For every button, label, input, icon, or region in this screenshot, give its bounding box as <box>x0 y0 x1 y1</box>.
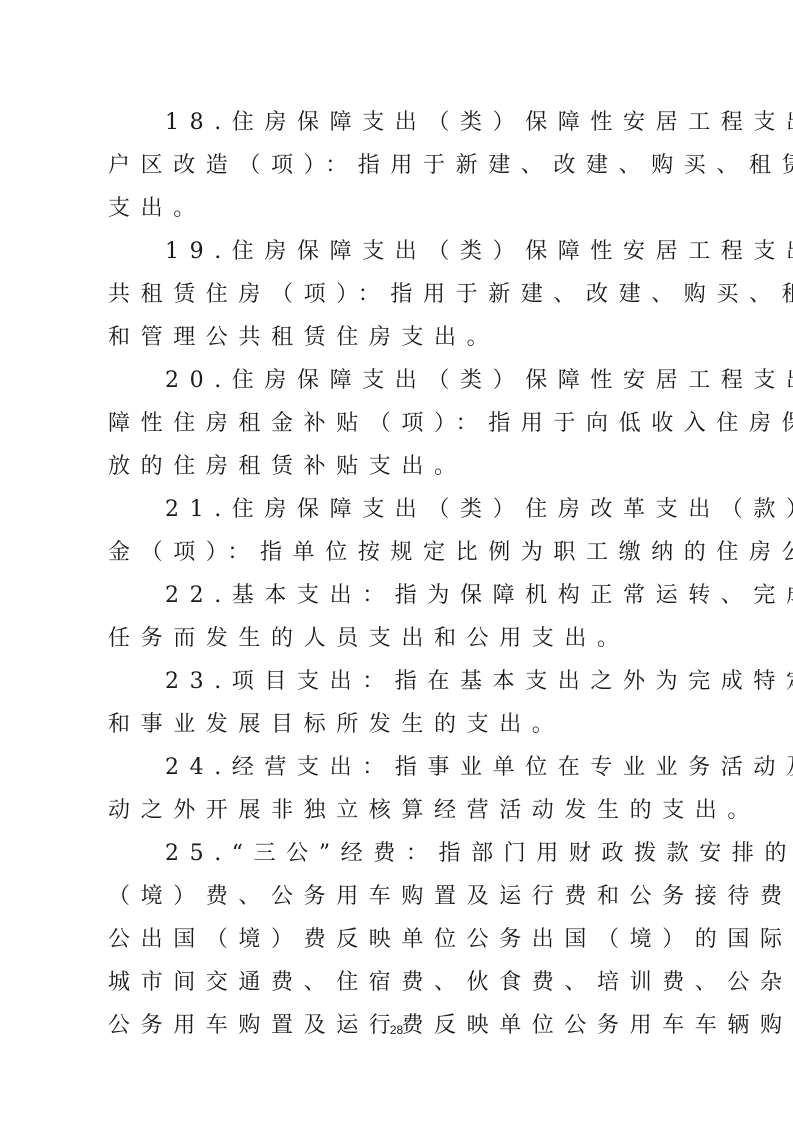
paragraph-line: 23.项目支出：指在基本支出之外为完成特定行政任务 <box>108 660 708 703</box>
paragraph-18: 18.住房保障支出（类）保障性安居工程支出（款）棚 户区改造（项）：指用于新建、… <box>108 101 708 230</box>
paragraph-line: 共租赁住房（项）：指用于新建、改建、购买、租赁、维护 <box>108 273 708 316</box>
paragraph-line: 任务而发生的人员支出和公用支出。 <box>108 617 708 660</box>
paragraph-line: 金（项）：指单位按规定比例为职工缴纳的住房公积金。 <box>108 531 708 574</box>
paragraph-line: 25.“三公”经费：指部门用财政拨款安排的因公出国 <box>108 832 708 875</box>
paragraph-line: 放的住房租赁补贴支出。 <box>108 445 708 488</box>
paragraph-line: 和事业发展目标所发生的支出。 <box>108 703 708 746</box>
paragraph-23: 23.项目支出：指在基本支出之外为完成特定行政任务 和事业发展目标所发生的支出。 <box>108 660 708 746</box>
paragraph-line: 障性住房租金补贴（项）：指用于向低收入住房保障家庭发 <box>108 402 708 445</box>
document-page: 18.住房保障支出（类）保障性安居工程支出（款）棚 户区改造（项）：指用于新建、… <box>0 0 793 1122</box>
paragraph-20: 20.住房保障支出（类）保障性安居工程支出（款）保 障性住房租金补贴（项）：指用… <box>108 359 708 488</box>
paragraph-line: （境）费、公务用车购置及运行费和公务接待费。其中，因 <box>108 875 708 918</box>
paragraph-25: 25.“三公”经费：指部门用财政拨款安排的因公出国 （境）费、公务用车购置及运行… <box>108 832 708 1047</box>
document-body: 18.住房保障支出（类）保障性安居工程支出（款）棚 户区改造（项）：指用于新建、… <box>108 101 708 1047</box>
paragraph-line: 18.住房保障支出（类）保障性安居工程支出（款）棚 <box>108 101 708 144</box>
paragraph-line: 和管理公共租赁住房支出。 <box>108 316 708 359</box>
paragraph-line: 动之外开展非独立核算经营活动发生的支出。 <box>108 789 708 832</box>
paragraph-line: 21.住房保障支出（类）住房改革支出（款）住房公积 <box>108 488 708 531</box>
paragraph-22: 22.基本支出：指为保障机构正常运转、完成日常工作 任务而发生的人员支出和公用支… <box>108 574 708 660</box>
paragraph-24: 24.经营支出：指事业单位在专业业务活动及其辅助活 动之外开展非独立核算经营活动… <box>108 746 708 832</box>
paragraph-line: 公出国（境）费反映单位公务出国（境）的国际旅费、国外 <box>108 918 708 961</box>
paragraph-line: 22.基本支出：指为保障机构正常运转、完成日常工作 <box>108 574 708 617</box>
paragraph-line: 19.住房保障支出（类）保障性安居工程支出（款）公 <box>108 230 708 273</box>
paragraph-21: 21.住房保障支出（类）住房改革支出（款）住房公积 金（项）：指单位按规定比例为… <box>108 488 708 574</box>
paragraph-line: 支出。 <box>108 187 708 230</box>
page-number: 28 <box>0 1023 793 1037</box>
paragraph-19: 19.住房保障支出（类）保障性安居工程支出（款）公 共租赁住房（项）：指用于新建… <box>108 230 708 359</box>
paragraph-line: 24.经营支出：指事业单位在专业业务活动及其辅助活 <box>108 746 708 789</box>
paragraph-line: 20.住房保障支出（类）保障性安居工程支出（款）保 <box>108 359 708 402</box>
paragraph-line: 城市间交通费、住宿费、伙食费、培训费、公杂费等支出； <box>108 961 708 1004</box>
paragraph-line: 户区改造（项）：指用于新建、改建、购买、租赁廉租住房 <box>108 144 708 187</box>
